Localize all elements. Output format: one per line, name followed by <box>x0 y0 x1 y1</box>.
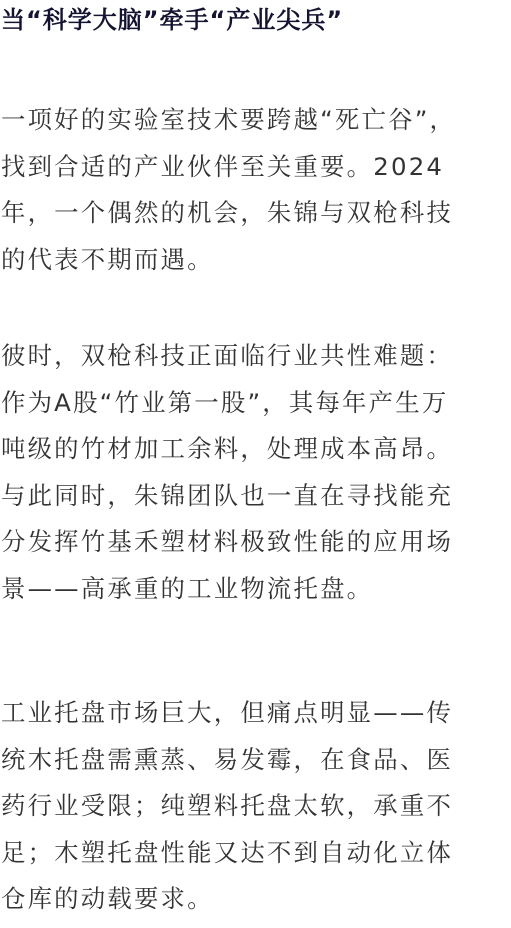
paragraph-1: 一项好的实验室技术要跨越“死亡谷”， 找到合适的产业伙伴至关重要。2024 年，… <box>1 97 511 283</box>
text-line: 一项好的实验室技术要跨越“死亡谷”， <box>1 97 511 144</box>
text-line: 的代表不期而遇。 <box>1 237 511 284</box>
text-line: 统木托盘需熏蒸、易发霉，在食品、医 <box>1 737 511 784</box>
text-line: 药行业受限；纯塑料托盘太软，承重不 <box>1 783 511 830</box>
paragraph-2: 彼时，双枪科技正面临行业共性难题： 作为A股“竹业第一股”，其每年产生万 吨级的… <box>1 333 511 612</box>
text-line: 分发挥竹基禾塑材料极致性能的应用场 <box>1 519 511 566</box>
text-line: 仓库的动载要求。 <box>1 876 511 923</box>
text-line: 与此同时，朱锦团队也一直在寻找能充 <box>1 473 511 520</box>
text-line: 吨级的竹材加工余料，处理成本高昂。 <box>1 426 511 473</box>
text-line: 找到合适的产业伙伴至关重要。2024 <box>1 144 511 191</box>
text-line: 彼时，双枪科技正面临行业共性难题： <box>1 333 511 380</box>
text-line: 景——高承重的工业物流托盘。 <box>1 566 511 613</box>
text-line: 足；木塑托盘性能又达不到自动化立体 <box>1 830 511 877</box>
section-heading: 当“科学大脑”牵手“产业尖兵” <box>1 4 343 36</box>
text-line: 年，一个偶然的机会，朱锦与双枪科技 <box>1 190 511 237</box>
text-line: 作为A股“竹业第一股”，其每年产生万 <box>1 380 511 427</box>
paragraph-3: 工业托盘市场巨大，但痛点明显——传 统木托盘需熏蒸、易发霉，在食品、医 药行业受… <box>1 690 511 923</box>
text-line: 工业托盘市场巨大，但痛点明显——传 <box>1 690 511 737</box>
